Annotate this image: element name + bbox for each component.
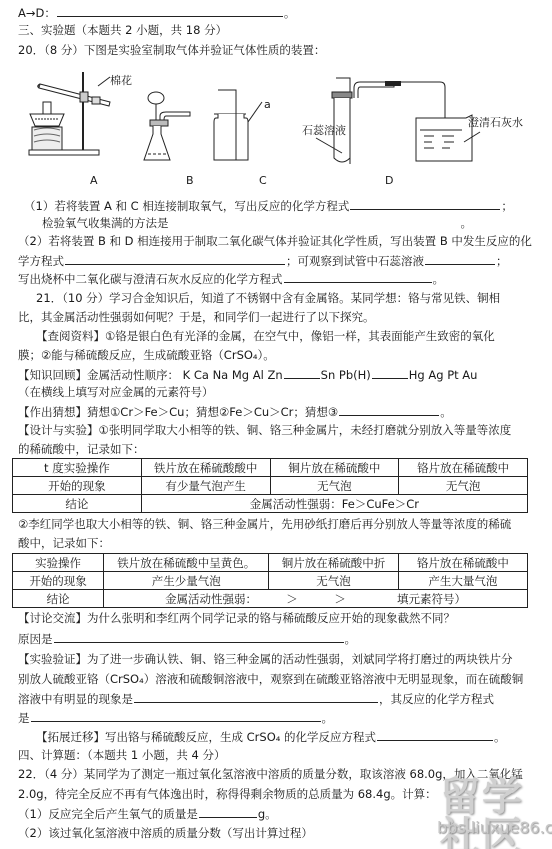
q21-verify-line4: 是。 (18, 709, 333, 725)
section-4-title: 四、计算题：（本题共 1 小题，共 4 分） (18, 747, 226, 763)
q22-sub2: （2）该过氧化氢溶液中溶质的质量分数（写出计算过程） (18, 825, 313, 841)
q21-review-note: （在横线上填写对应金属的元素符号） (18, 384, 214, 400)
table-row: 开始的现象 有少量气泡产生 无气泡 无气泡 (13, 477, 528, 495)
litmus-solution-label: 石蕊溶液 (302, 122, 346, 138)
label-a-to-d: A→D： (18, 6, 56, 20)
q21-verify-line1: 【实验验证】为了进一步确认铁、铜、铬三种金属的活动性强弱，刘斌同学将打磨过的两块… (18, 651, 513, 667)
q20-part1-line2: 检验氧气收集满的方法是。 (42, 215, 472, 231)
apparatus-a-icon (25, 72, 105, 162)
q21-reference-line1: 【查阅资料】①铬是银白色有光泽的金属，在空气中，像铝一样，其表面能产生致密的氧化 (36, 328, 495, 344)
table-cell: 无气泡 (399, 477, 528, 495)
q21-knowledge-review: 【知识回顾】金属活动性顺序： K Ca Na Mg Al ZnSn Pb(H)H… (18, 366, 477, 382)
text: 写出烧杯中二氧化碳与澄清石灰水反应的化学方程式 (18, 272, 283, 286)
punct: 。 (345, 632, 357, 646)
label-c: C (259, 174, 267, 187)
cotton-pointer-icon (98, 77, 112, 87)
punct: 。 (494, 730, 506, 744)
answer-blank[interactable] (339, 403, 439, 416)
answer-blank[interactable] (284, 366, 320, 379)
apparatus-c-icon (212, 88, 282, 168)
lihong-results-table: 实验操作 铁片放在稀硫酸中呈黄色。 铜片放在稀硫酸中折 铬片放在稀硫酸中 开始的… (12, 553, 528, 608)
table-cell: 铜片放在稀硫酸中 (270, 459, 399, 477)
punct: 。 (461, 216, 473, 230)
table-cell: 产生大量气泡 (398, 572, 527, 590)
text: 学方程式 (18, 254, 64, 268)
unit: g。 (258, 807, 277, 821)
table-cell: 金属活动性强弱： ＞ ＞ 填元素符号） (104, 590, 528, 608)
cotton-label: 棉花 (110, 72, 132, 88)
q20-part1-line1: （1）若将装置 A 和 C 相连接制取氧气，写出反应的化学方程式； (24, 197, 513, 213)
apparatus-b-icon (142, 90, 197, 165)
watermark-url: bbs.liuxue86.com (437, 818, 552, 837)
table-cell: 铁片放在稀硫酸中呈黄色。 (104, 554, 269, 572)
answer-blank[interactable] (199, 805, 257, 818)
table-cell: 实验操作 (13, 554, 104, 572)
apparatus-d-icon (330, 76, 480, 166)
q21-design-line2: 的稀硫酸中，记录如下： (18, 441, 145, 457)
answer-blank[interactable] (284, 270, 432, 283)
question-20-title: 20．（8 分）下图是实验室制取气体并验证气体性质的装置： (18, 42, 325, 58)
table-cell: 铬片放在稀硫酸中 (398, 554, 527, 572)
q21-reference-line2: 膜；②能与稀硫酸反应，生成硫酸亚铬（CrSO₄）。 (18, 347, 275, 363)
q21-intro-line2: 比，其金属活动性强弱如何呢？于是，和同学们一起进行了以下探究。 (18, 309, 375, 325)
table-cell: t 度实验操作 (13, 459, 142, 477)
text: 是 (18, 711, 30, 725)
table-row: t 度实验操作 铁片放在稀硫酸酸中 铜片放在稀硫酸中 铬片放在稀硫酸中 (13, 459, 528, 477)
text: Sn Pb(H) (321, 368, 371, 382)
litmus-pointer-icon (316, 138, 344, 154)
answer-blank[interactable] (377, 728, 493, 741)
table-cell: 有少量气泡产生 (141, 477, 270, 495)
text: 【作出猜想】猜想①Cr＞Fe＞Cu；猜想②Fe＞Cu＞Cr；猜想③ (18, 405, 338, 419)
period: 。 (284, 6, 296, 20)
table-cell: 结论 (13, 495, 142, 513)
zhangming-results-table: t 度实验操作 铁片放在稀硫酸酸中 铜片放在稀硫酸中 铬片放在稀硫酸中 开始的现… (12, 458, 528, 513)
bottle-opening-a-label: a (264, 98, 271, 111)
punct: ； (501, 199, 513, 213)
answer-blank[interactable] (65, 252, 285, 265)
table-cell: 开始的现象 (13, 477, 142, 495)
punct: 。 (322, 711, 334, 725)
q21-discussion: 【讨论交流】为什么张明和李红两个同学记录的铬与稀硫酸反应开始的现象截然不同？ (18, 610, 455, 626)
section-3-title: 三、实验题（本题共 2 小题，共 18 分） (18, 22, 227, 38)
q21-verify-line2: 别放人硫酸亚铬（CrSO₄）溶液和硫酸铜溶液中，观察到在硫酸亚铬溶液中无明显现象… (18, 671, 523, 687)
punct: 。 (433, 272, 445, 286)
watermark-logo: 留学社区 (440, 777, 552, 849)
q20-part1-text: （1）若将装置 A 和 C 相连接制取氧气，写出反应的化学方程式 (24, 199, 349, 213)
text: 【拓展迁移】写出铬与稀硫酸反应，生成 CrSO₄ 的化学反应方程式 (36, 730, 376, 744)
q21-second-line1: ②李红同学也取大小相等的铁、铜、铬三种金属片，先用砂纸打磨后再分别放人等量等浓度… (18, 516, 511, 532)
text: ，其反应的化学方程式 (379, 692, 494, 706)
answer-blank[interactable] (134, 690, 378, 703)
table-cell: 铁片放在稀硫酸酸中 (141, 459, 270, 477)
label-d: D (385, 174, 393, 187)
limewater-label: 澄清石灰水 (468, 114, 523, 130)
table-cell: 铜片放在稀硫酸中折 (269, 554, 398, 572)
table-cell: 无气泡 (270, 477, 399, 495)
table-row: 结论 金属活动性强弱：Fe＞CuFe＞Cr (13, 495, 528, 513)
q21-intro-line1: 21．（10 分）学习合金知识后，知道了不锈钢中含有金属铬。某同学想：铬与常见铁… (36, 290, 500, 306)
table-row: 开始的现象 产生少量气泡 无气泡 产生大量气泡 (13, 572, 528, 590)
q21-reason: 原因是。 (18, 630, 356, 646)
q21-extend: 【拓展迁移】写出铬与稀硫酸反应，生成 CrSO₄ 的化学反应方程式。 (36, 728, 506, 744)
q20-part2-line3: 写出烧杯中二氧化碳与澄清石灰水反应的化学方程式。 (18, 270, 444, 286)
q22-sub1: （1）反应完全后产生氧气的质量是g。 (18, 805, 277, 821)
q20-part2-line1: （2）若将装置 B 和 D 相连接用于制取二氧化碳气体并验证其化学性质，写出装置… (18, 233, 532, 249)
table-cell: 产生少量气泡 (104, 572, 269, 590)
table-cell: 金属活动性强弱：Fe＞CuFe＞Cr (141, 495, 527, 513)
table-row: 实验操作 铁片放在稀硫酸中呈黄色。 铜片放在稀硫酸中折 铬片放在稀硫酸中 (13, 554, 528, 572)
text: 原因是 (18, 632, 53, 646)
text: 【知识回顾】金属活动性顺序： K Ca Na Mg Al Zn (18, 368, 283, 382)
answer-blank[interactable] (54, 630, 344, 643)
table-cell: 结论 (13, 590, 104, 608)
label-b: B (186, 174, 194, 187)
q20-part2-line2: 学方程式；可观察到试管中石蕊溶液； (18, 252, 508, 268)
answer-blank[interactable] (425, 252, 495, 265)
table-cell: 开始的现象 (13, 572, 104, 590)
q21-verify-line3: 溶液中有明显的现象是，其反应的化学方程式 (18, 690, 494, 706)
label-a: A (90, 174, 98, 187)
q22-line2: 2.0g，待完全反应不再有气体逸出时，称得得剩余物质的总质量为 68.4g。计算… (18, 786, 437, 802)
answer-blank[interactable] (372, 366, 408, 379)
table-cell: 铬片放在稀硫酸中 (399, 459, 528, 477)
punct: ； (496, 254, 508, 268)
answer-blank[interactable] (350, 197, 500, 210)
table-row: 结论 金属活动性强弱： ＞ ＞ 填元素符号） (13, 590, 528, 608)
q20-part1-text2: 检验氧气收集满的方法是 (42, 216, 169, 230)
answer-blank[interactable] (170, 215, 460, 227)
q21-hypothesis: 【作出猜想】猜想①Cr＞Fe＞Cu；猜想②Fe＞Cu＞Cr；猜想③。 (18, 403, 452, 419)
text: Hg Ag Pt Au (409, 368, 478, 382)
q21-design-line1: 【设计与实验】①张明同学取大小相等的铁、铜、铬三种金属片，未经打磨就分别放入等量… (18, 422, 511, 438)
answer-blank[interactable] (31, 709, 321, 722)
text: 溶液中有明显的现象是 (18, 692, 133, 706)
answer-blank[interactable] (57, 4, 283, 17)
table-cell: 无气泡 (269, 572, 398, 590)
text: ；可观察到试管中石蕊溶液 (286, 254, 424, 268)
punct: 。 (440, 405, 452, 419)
answer-line-a-to-d: A→D：。 (18, 4, 295, 20)
text: （1）反应完全后产生氧气的质量是 (18, 807, 198, 821)
q21-second-line2: 酸中，记录如下： (18, 535, 110, 551)
